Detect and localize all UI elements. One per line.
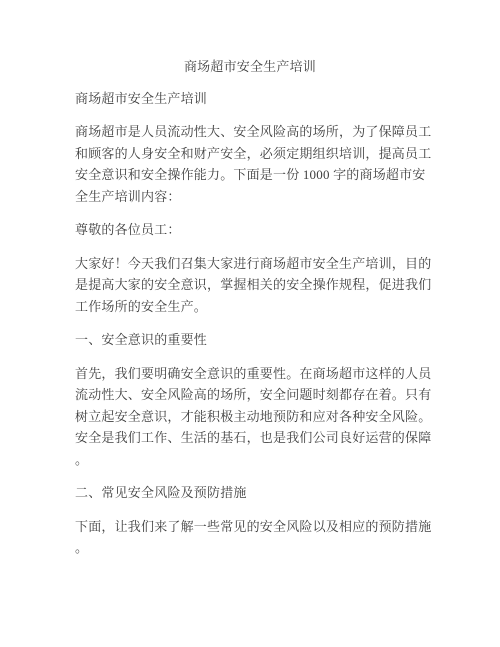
paragraph-safety-awareness: 首先，我们要明确安全意识的重要性。在商场超市这样的人员 流动性大、安全风险高的场…: [75, 363, 435, 471]
section-heading-2: 二、常见安全风险及预防措施: [75, 482, 435, 504]
page-title: 商场超市安全生产培训: [65, 56, 435, 78]
paragraph-greeting: 大家好！今天我们召集大家进行商场超市安全生产培训，目的 是提高大家的安全意识，掌…: [75, 253, 435, 318]
paragraph-risk-intro: 下面，让我们来了解一些常见的安全风险以及相应的预防措施 。: [75, 516, 435, 559]
document-subtitle: 商场超市安全生产培训: [75, 88, 435, 110]
document-page: 商场超市安全生产培训 商场超市安全生产培训 商场超市是人员流动性大、安全风险高的…: [0, 0, 500, 647]
salutation: 尊敬的各位员工：: [75, 219, 435, 241]
section-heading-1: 一、安全意识的重要性: [75, 329, 435, 351]
paragraph-intro: 商场超市是人员流动性大、安全风险高的场所，为了保障员工 和顾客的人身安全和财产安…: [75, 121, 435, 207]
